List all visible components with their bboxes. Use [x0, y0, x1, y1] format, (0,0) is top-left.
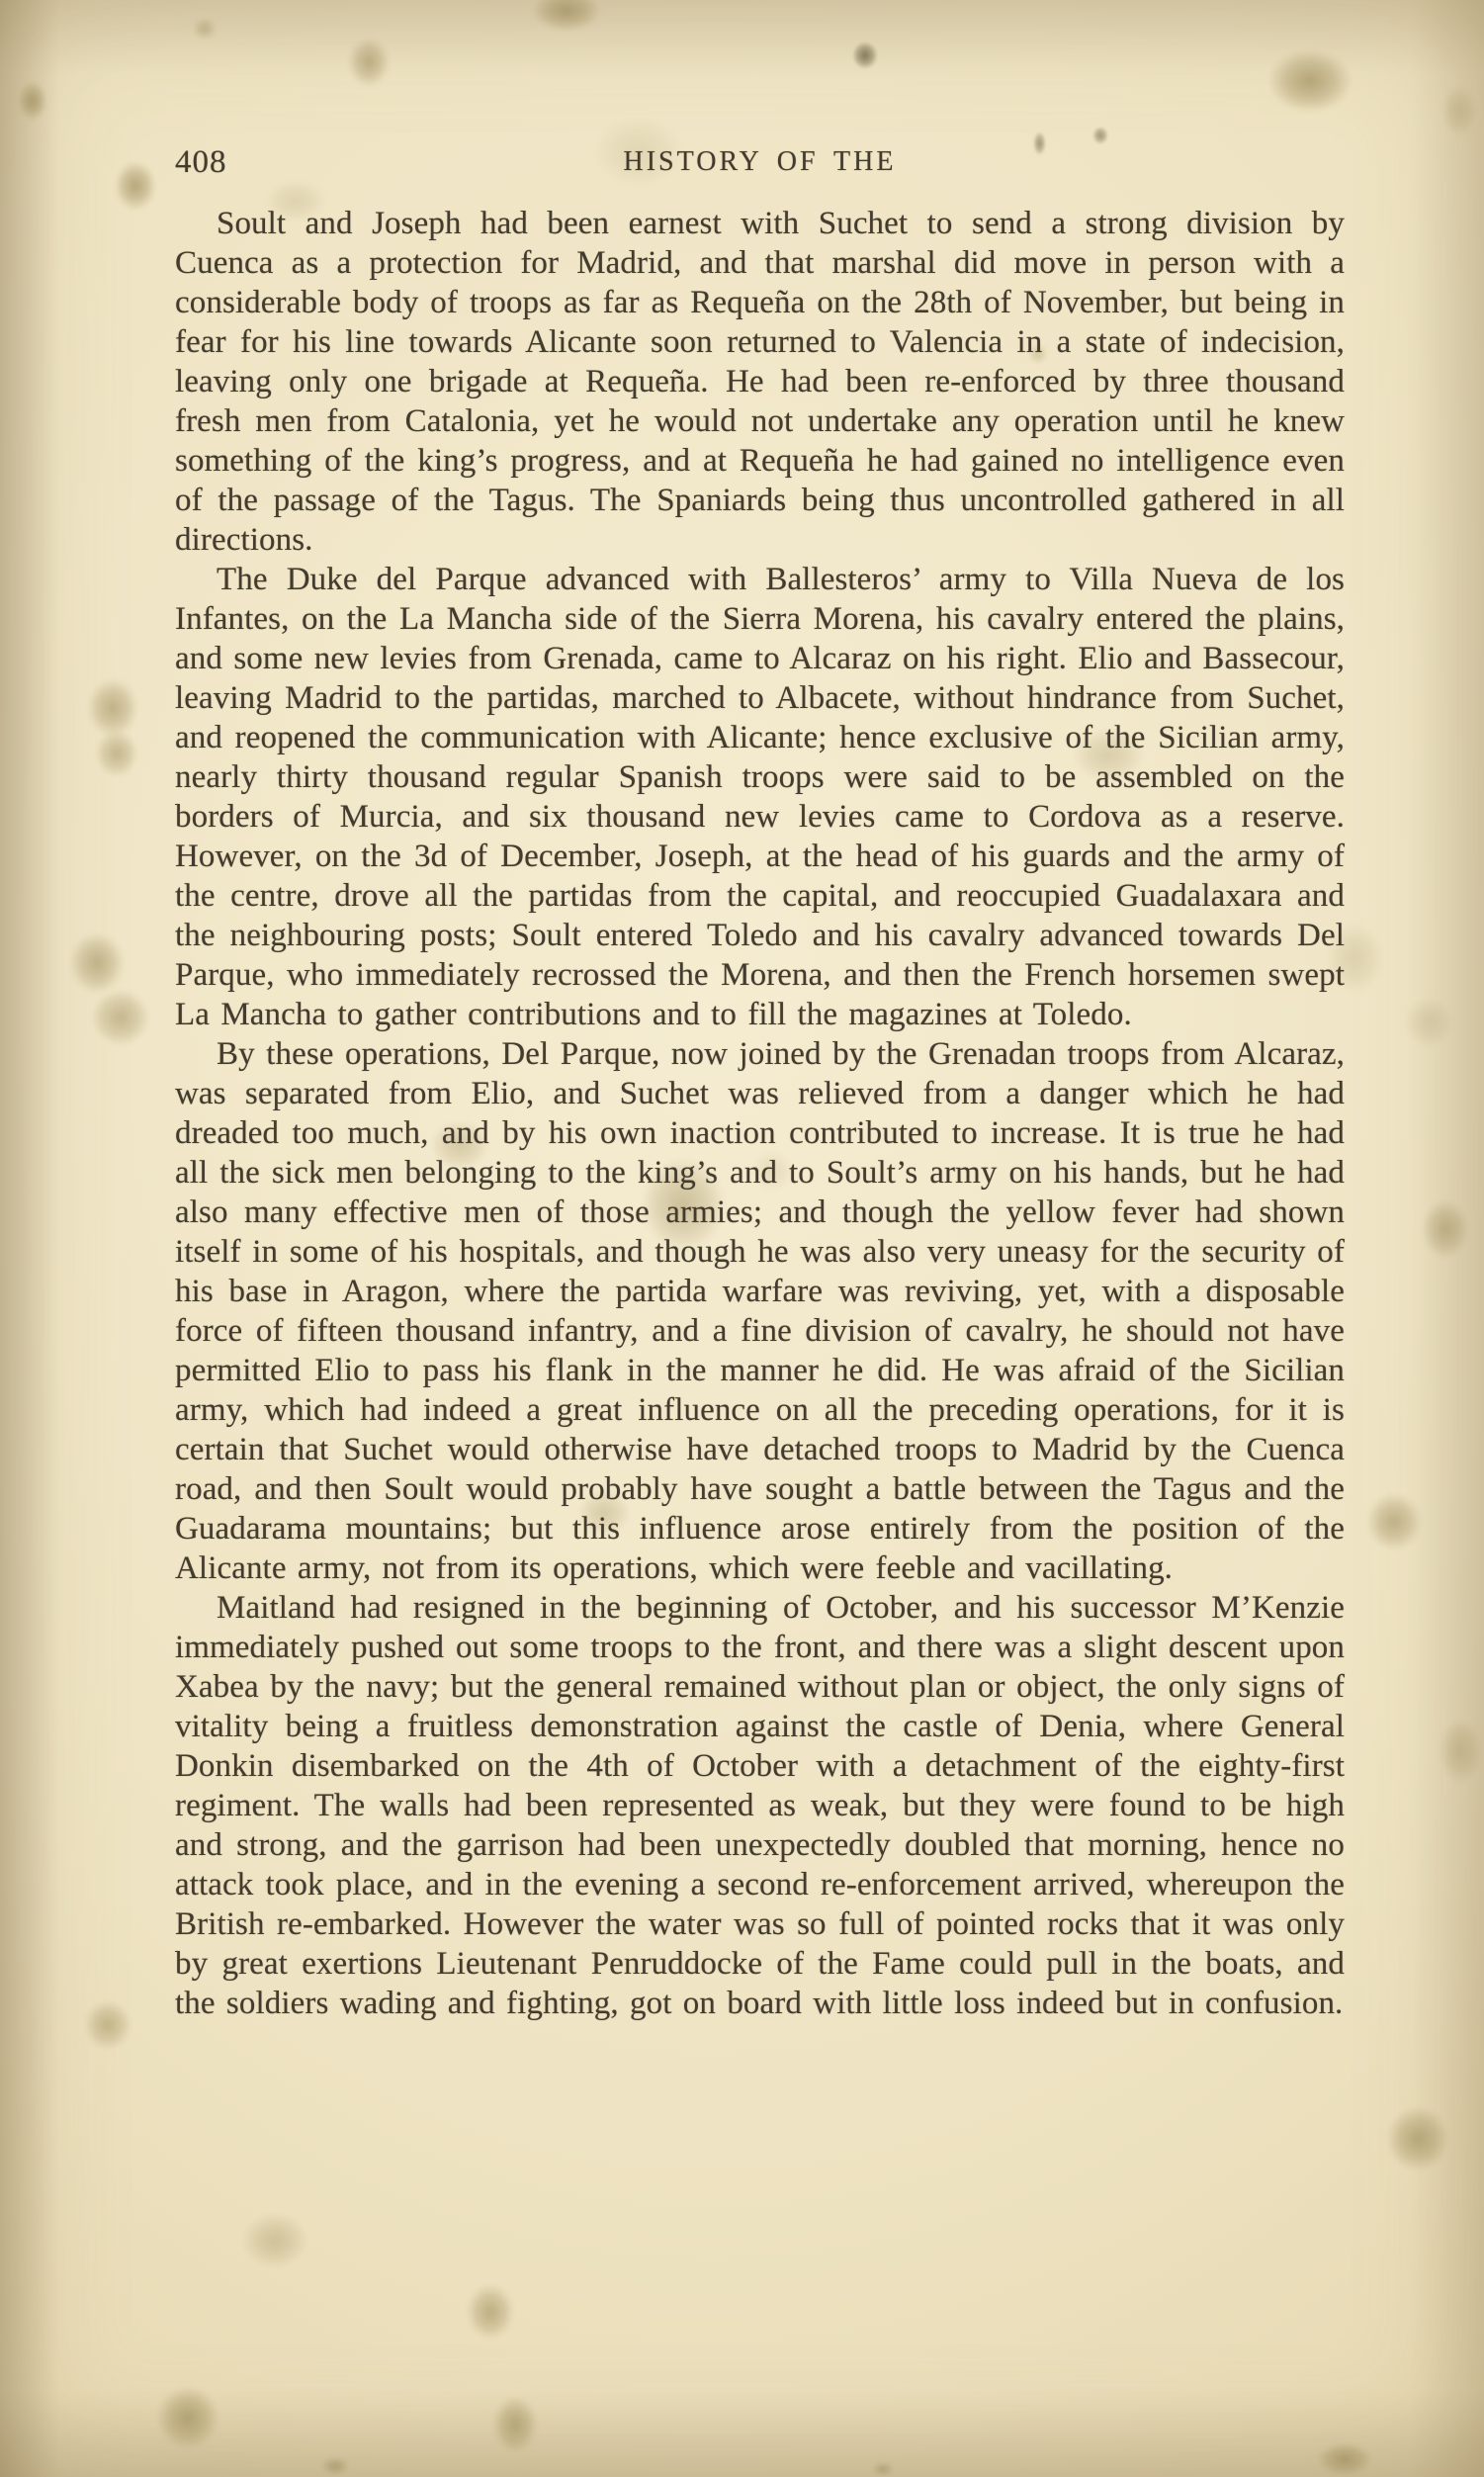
- paragraph-1: Soult and Joseph had been earnest with S…: [175, 204, 1345, 560]
- foxing-stain: [1441, 85, 1477, 136]
- foxing-stain: [532, 0, 601, 32]
- foxing-stain: [1317, 2442, 1372, 2476]
- foxing-stain: [1404, 997, 1453, 1048]
- foxing-stain: [156, 2386, 219, 2449]
- page-header: 408 HISTORY OF THE: [175, 142, 1345, 184]
- paragraph-2: The Duke del Parque advanced with Balles…: [175, 560, 1345, 1034]
- foxing-stain: [18, 81, 47, 121]
- foxing-stain: [91, 989, 150, 1046]
- ink-speck: [852, 42, 878, 69]
- foxing-stain: [492, 2396, 538, 2453]
- foxing-stain: [1366, 1493, 1422, 1550]
- foxing-stain: [321, 2457, 349, 2475]
- foxing-stain: [115, 161, 156, 211]
- foxing-stain: [95, 730, 138, 777]
- foxing-stain: [193, 18, 217, 40]
- foxing-stain: [1386, 2106, 1449, 2171]
- foxing-stain: [1267, 49, 1353, 113]
- foxing-stain: [69, 932, 125, 994]
- foxing-stain: [1422, 1199, 1469, 1259]
- paragraph-4: Maitland had resigned in the beginning o…: [175, 1588, 1345, 2023]
- paragraph-3: By these operations, Del Parque, now joi…: [175, 1034, 1345, 1588]
- foxing-stain: [348, 38, 390, 87]
- foxing-stain: [84, 2000, 131, 2050]
- foxing-stain: [87, 678, 138, 738]
- scanned-book-page: 408 HISTORY OF THE Soult and Joseph had …: [0, 0, 1484, 2477]
- foxing-stain: [1439, 1719, 1482, 1784]
- running-title: HISTORY OF THE: [175, 146, 1345, 178]
- foxing-stain: [872, 2462, 894, 2476]
- foxing-stain: [467, 2284, 514, 2340]
- page-body: Soult and Joseph had been earnest with S…: [175, 204, 1345, 2023]
- foxing-stain: [242, 2213, 307, 2268]
